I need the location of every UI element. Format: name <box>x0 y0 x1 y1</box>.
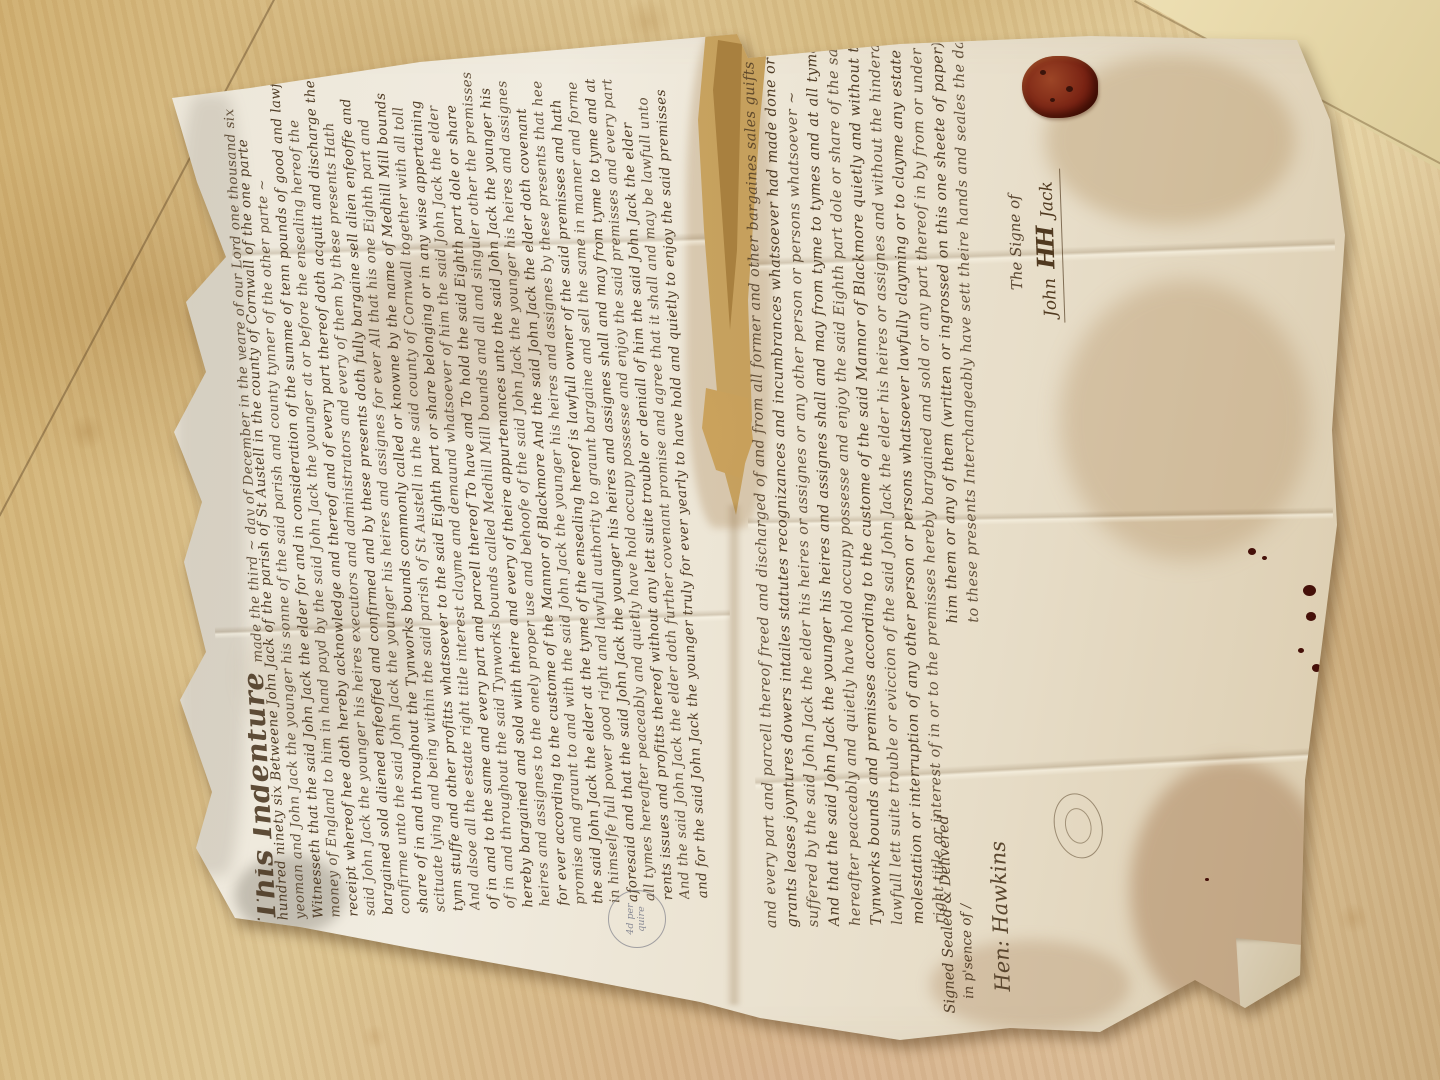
sign-name-first: John <box>1040 278 1061 318</box>
ink-spot <box>1248 548 1256 555</box>
handwriting-lines: This Indenturemade the third ~ day of De… <box>213 38 727 921</box>
handwriting-left-sheet: This Indenturemade the third ~ day of De… <box>213 38 727 921</box>
signature-flourish-inner <box>1061 805 1095 846</box>
ink-spot <box>1315 872 1322 878</box>
ink-spot <box>1330 745 1336 750</box>
sign-of-inner: The Signe of John HH Jack <box>1002 95 1130 324</box>
folded-corner-flap <box>1232 938 1312 1038</box>
paper-sheet: This Indenturemade the third ~ day of De… <box>0 0 1440 1080</box>
paper-duty-stamp-circle: 4d per quire <box>608 890 666 948</box>
personal-mark: HH <box>1030 223 1061 273</box>
paper-duty-stamp: 4d per quire <box>608 888 668 948</box>
ink-spot <box>1338 772 1343 776</box>
witness-signature: Hen: Hawkins <box>982 743 1015 1012</box>
signature-john-jack: John HH Jack <box>1028 169 1065 324</box>
manuscript-document: This Indenturemade the third ~ day of De… <box>0 0 1440 1080</box>
sign-name-last: Jack <box>1036 181 1057 218</box>
seal-speck <box>1040 70 1046 75</box>
witness-block: Signed Sealed & Delivered in p'sence of … <box>933 738 1160 1013</box>
tear-crease-tail <box>726 505 742 1005</box>
ink-spot <box>1303 585 1316 596</box>
seal-speck <box>1066 86 1073 92</box>
signature-flourish <box>1047 788 1110 864</box>
ink-spot <box>1298 648 1304 653</box>
ink-spot <box>1262 556 1267 560</box>
ink-spot <box>1306 612 1316 621</box>
ink-spot <box>1312 664 1321 672</box>
witness-inner: Signed Sealed & Delivered in p'sence of … <box>933 738 1160 1013</box>
photograph: This Indenturemade the third ~ day of De… <box>0 0 1440 1080</box>
ink-spot <box>1322 700 1330 707</box>
sign-of-block: The Signe of John HH Jack <box>1001 96 1129 325</box>
sign-of-label: The Signe of <box>1002 99 1028 324</box>
stamp-text-line2: quire <box>637 906 648 931</box>
paper-stain <box>1130 760 1330 1020</box>
